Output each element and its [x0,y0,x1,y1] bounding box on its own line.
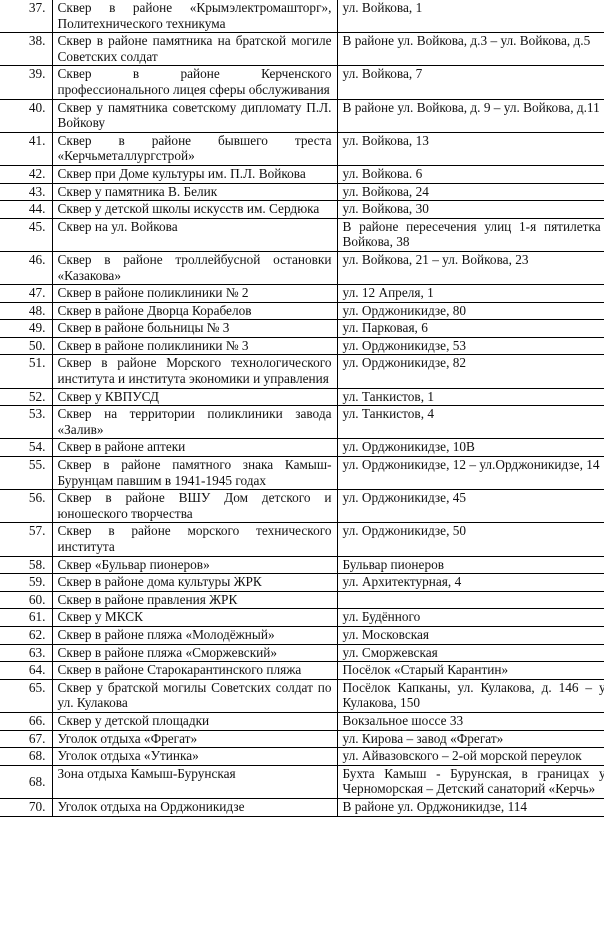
row-number: 41. [0,132,52,165]
square-address: Посёлок «Старый Карантин» [337,662,604,680]
square-name: Сквер в районе морского технического инс… [52,523,337,556]
table-row: 48. Сквер в районе Дворца Корабелов ул. … [0,302,604,320]
squares-table: 37. Сквер в районе «Крымэлектромашторг»,… [0,0,604,817]
row-number: 45. [0,218,52,251]
row-number: 37. [0,0,52,33]
square-address: ул. Орджоникидзе, 45 [337,490,604,523]
square-address: В районе ул. Орджоникидзе, 114 [337,798,604,816]
square-name: Сквер на ул. Войкова [52,218,337,251]
table-row: 58. Сквер «Бульвар пионеров» Бульвар пио… [0,556,604,574]
square-name: Сквер в районе Дворца Корабелов [52,302,337,320]
square-name: Сквер «Бульвар пионеров» [52,556,337,574]
row-number: 39. [0,66,52,99]
square-address: ул. Войкова, 1 [337,0,604,33]
table-row: 61. Сквер у МКСК ул. Будённого [0,609,604,627]
square-address: ул. Орджоникидзе, 53 [337,337,604,355]
square-name: Сквер в районе ВШУ Дом детского и юношес… [52,490,337,523]
row-number: 43. [0,183,52,201]
row-number: 51. [0,355,52,388]
square-address: ул. Будённого [337,609,604,627]
table-row: 68. Зона отдыха Камыш-Бурунская Бухта Ка… [0,765,604,798]
square-address: ул. Парковая, 6 [337,320,604,338]
square-name: Зона отдыха Камыш-Бурунская [52,765,337,798]
row-number: 48. [0,302,52,320]
row-number: 50. [0,337,52,355]
table-row: 41. Сквер в районе бывшего треста «Керчь… [0,132,604,165]
square-address: ул. Айвазовского – 2-ой морской переулок [337,748,604,766]
row-number: 57. [0,523,52,556]
table-row: 67. Уголок отдыха «Фрегат» ул. Кирова – … [0,730,604,748]
square-name: Сквер у памятника В. Белик [52,183,337,201]
row-number: 68. [0,748,52,766]
square-address: ул. Войкова, 24 [337,183,604,201]
square-name: Сквер в районе памятника на братской мог… [52,33,337,66]
square-name: Уголок отдыха «Фрегат» [52,730,337,748]
table-row: 65. Сквер у братской могилы Советских со… [0,679,604,712]
table-row: 43. Сквер у памятника В. Белик ул. Войко… [0,183,604,201]
table-row: 53. Сквер на территории поликлиники заво… [0,406,604,439]
square-name: Сквер у КВПУСД [52,388,337,406]
row-number: 63. [0,644,52,662]
row-number: 60. [0,591,52,609]
square-address: ул. Орджоникидзе, 82 [337,355,604,388]
square-name: Сквер в районе троллейбусной остановки «… [52,251,337,284]
table-row: 62. Сквер в районе пляжа «Молодёжный» ул… [0,626,604,644]
table-row: 52. Сквер у КВПУСД ул. Танкистов, 1 [0,388,604,406]
table-row: 60. Сквер в районе правления ЖРК [0,591,604,609]
table-row: 45. Сквер на ул. Войкова В районе пересе… [0,218,604,251]
row-number: 56. [0,490,52,523]
square-name: Сквер в районе правления ЖРК [52,591,337,609]
row-number: 61. [0,609,52,627]
row-number: 44. [0,201,52,219]
square-address: ул. Московская [337,626,604,644]
square-address: ул. Орджоникидзе, 12 – ул.Орджоникидзе, … [337,457,604,490]
square-name: Сквер в районе аптеки [52,439,337,457]
square-name: Сквер в районе больницы № 3 [52,320,337,338]
table-row: 70. Уголок отдыха на Орджоникидзе В райо… [0,798,604,816]
square-address: ул. Орджоникидзе, 80 [337,302,604,320]
table-row: 51. Сквер в районе Морского технологичес… [0,355,604,388]
table-row: 49. Сквер в районе больницы № 3 ул. Парк… [0,320,604,338]
table-row: 56. Сквер в районе ВШУ Дом детского и юн… [0,490,604,523]
square-name: Сквер при Доме культуры им. П.Л. Войкова [52,165,337,183]
table-row: 47. Сквер в районе поликлиники № 2 ул. 1… [0,285,604,303]
square-name: Сквер на территории поликлиники завода «… [52,406,337,439]
square-address: ул. 12 Апреля, 1 [337,285,604,303]
table-row: 40. Сквер у памятника советскому диплома… [0,99,604,132]
square-address: Вокзальное шоссе 33 [337,712,604,730]
row-number: 64. [0,662,52,680]
table-row: 38. Сквер в районе памятника на братской… [0,33,604,66]
square-name: Сквер в районе поликлиники № 3 [52,337,337,355]
row-number: 52. [0,388,52,406]
square-address: ул. Войкова, 30 [337,201,604,219]
row-number: 49. [0,320,52,338]
table-row: 59. Сквер в районе дома культуры ЖРК ул.… [0,574,604,592]
square-address: В районе ул. Войкова, д.3 – ул. Войкова,… [337,33,604,66]
square-name: Сквер у братской могилы Советских солдат… [52,679,337,712]
table-row: 39. Сквер в районе Керченского профессио… [0,66,604,99]
square-address: ул. Войкова, 7 [337,66,604,99]
row-number: 70. [0,798,52,816]
square-address: ул. Войкова. 6 [337,165,604,183]
square-name: Сквер у МКСК [52,609,337,627]
table-body: 37. Сквер в районе «Крымэлектромашторг»,… [0,0,604,816]
table-row: 44. Сквер у детской школы искусств им. С… [0,201,604,219]
square-address: ул. Орджоникидзе, 10В [337,439,604,457]
square-name: Сквер в районе дома культуры ЖРК [52,574,337,592]
square-name: Сквер в районе Морского технологического… [52,355,337,388]
table-row: 46. Сквер в районе троллейбусной останов… [0,251,604,284]
square-address: Бухта Камыш - Бурунская, в границах ул. … [337,765,604,798]
square-name: Сквер в районе пляжа «Молодёжный» [52,626,337,644]
table-row: 37. Сквер в районе «Крымэлектромашторг»,… [0,0,604,33]
square-address [337,591,604,609]
table-row: 42. Сквер при Доме культуры им. П.Л. Вой… [0,165,604,183]
row-number: 40. [0,99,52,132]
row-number: 42. [0,165,52,183]
square-name: Сквер в районе Старокарантинского пляжа [52,662,337,680]
row-number: 59. [0,574,52,592]
row-number: 38. [0,33,52,66]
table-row: 63. Сквер в районе пляжа «Сморжевский» у… [0,644,604,662]
square-name: Сквер в районе памятного знака Камыш-Бур… [52,457,337,490]
square-address: ул. Кирова – завод «Фрегат» [337,730,604,748]
row-number: 65. [0,679,52,712]
square-address: ул. Танкистов, 4 [337,406,604,439]
square-name: Сквер в районе поликлиники № 2 [52,285,337,303]
table-row: 50. Сквер в районе поликлиники № 3 ул. О… [0,337,604,355]
square-address: ул. Войкова, 21 – ул. Войкова, 23 [337,251,604,284]
row-number: 62. [0,626,52,644]
table-row: 64. Сквер в районе Старокарантинского пл… [0,662,604,680]
square-address: ул. Архитектурная, 4 [337,574,604,592]
square-address: Посёлок Капканы, ул. Кулакова, д. 146 – … [337,679,604,712]
row-number: 55. [0,457,52,490]
square-name: Сквер в районе «Крымэлектромашторг», Пол… [52,0,337,33]
square-address: ул. Орджоникидзе, 50 [337,523,604,556]
row-number: 66. [0,712,52,730]
table-row: 66. Сквер у детской площадки Вокзальное … [0,712,604,730]
table-row: 57. Сквер в районе морского технического… [0,523,604,556]
row-number: 68. [0,765,52,798]
square-address: ул. Сморжевская [337,644,604,662]
row-number: 53. [0,406,52,439]
row-number: 46. [0,251,52,284]
square-name: Сквер в районе пляжа «Сморжевский» [52,644,337,662]
table-row: 55. Сквер в районе памятного знака Камыш… [0,457,604,490]
square-address: В районе пересечения улиц 1-я пятилетка … [337,218,604,251]
square-address: В районе ул. Войкова, д. 9 – ул. Войкова… [337,99,604,132]
table-row: 54. Сквер в районе аптеки ул. Орджоникид… [0,439,604,457]
square-name: Сквер в районе Керченского профессиональ… [52,66,337,99]
square-name: Сквер у детской площадки [52,712,337,730]
square-name: Сквер в районе бывшего треста «Керчьмета… [52,132,337,165]
square-name: Уголок отдыха на Орджоникидзе [52,798,337,816]
square-address: ул. Танкистов, 1 [337,388,604,406]
row-number: 47. [0,285,52,303]
square-address: ул. Войкова, 13 [337,132,604,165]
square-name: Сквер у детской школы искусств им. Сердю… [52,201,337,219]
table-row: 68. Уголок отдыха «Утинка» ул. Айвазовск… [0,748,604,766]
square-name: Уголок отдыха «Утинка» [52,748,337,766]
square-address: Бульвар пионеров [337,556,604,574]
square-name: Сквер у памятника советскому дипломату П… [52,99,337,132]
row-number: 67. [0,730,52,748]
row-number: 58. [0,556,52,574]
row-number: 54. [0,439,52,457]
